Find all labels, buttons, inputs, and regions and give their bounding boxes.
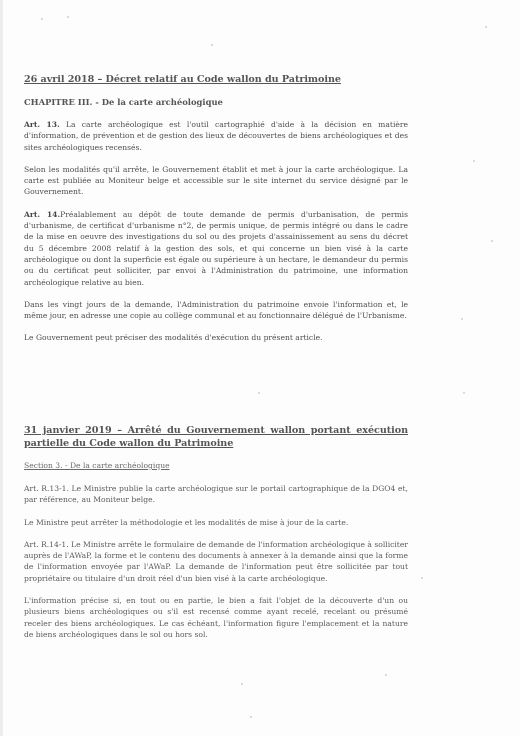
paragraph: L'information précise si, en tout ou en … xyxy=(24,595,408,640)
scan-speck xyxy=(473,160,475,162)
scan-speck xyxy=(211,44,213,46)
scan-speck xyxy=(463,392,465,394)
scan-speck xyxy=(421,577,423,579)
paragraph-text: Selon les modalités qu'il arrête, le Gou… xyxy=(24,165,408,197)
scanned-page: 26 avril 2018 – Décret relatif au Code w… xyxy=(0,0,520,736)
scan-speck xyxy=(241,683,243,685)
paragraph-text: Le Gouvernement peut préciser des modali… xyxy=(24,333,323,342)
article-label: Art. 13. xyxy=(24,120,60,129)
scan-speck xyxy=(258,392,260,394)
scan-speck xyxy=(67,16,69,18)
chapter-heading: CHAPITRE III. - De la carte archéologiqu… xyxy=(24,97,408,107)
decree-section: 26 avril 2018 – Décret relatif au Code w… xyxy=(24,73,408,344)
article-label: Art. 14. xyxy=(24,210,60,219)
arrete-section: 31 janvier 2019 – Arrêté du Gouvernement… xyxy=(24,424,408,640)
scan-speck xyxy=(250,716,252,718)
scan-speck xyxy=(41,18,43,20)
article-r14-1-paragraph: Art. R.14-1. Le Ministre arrête le formu… xyxy=(24,539,408,584)
scan-speck xyxy=(485,26,487,28)
paragraph: Dans les vingt jours de la demande, l'Ad… xyxy=(24,299,408,322)
paragraph: Le Gouvernement peut préciser des modali… xyxy=(24,332,408,343)
scan-speck xyxy=(491,240,493,242)
scan-speck xyxy=(461,318,463,320)
section-heading: Section 3. - De la carte archéologique xyxy=(24,461,408,470)
scan-speck xyxy=(385,674,387,676)
article-text: La carte archéologique est l'outil carto… xyxy=(24,120,408,152)
article-13-paragraph: Art. 13. La carte archéologique est l'ou… xyxy=(24,119,408,153)
article-r13-1-paragraph: Art. R.13-1. Le Ministre publie la carte… xyxy=(24,483,408,506)
arrete-heading: 31 janvier 2019 – Arrêté du Gouvernement… xyxy=(24,424,408,450)
article-text: Préalablement au dépôt de toute demande … xyxy=(24,210,408,287)
article-14-paragraph: Art. 14.Préalablement au dépôt de toute … xyxy=(24,209,408,288)
paragraph: Le Ministre peut arrêter la méthodologie… xyxy=(24,517,408,528)
paragraph-text: Dans les vingt jours de la demande, l'Ad… xyxy=(24,300,408,320)
paragraph: Selon les modalités qu'il arrête, le Gou… xyxy=(24,164,408,198)
decree-heading: 26 avril 2018 – Décret relatif au Code w… xyxy=(24,73,408,86)
